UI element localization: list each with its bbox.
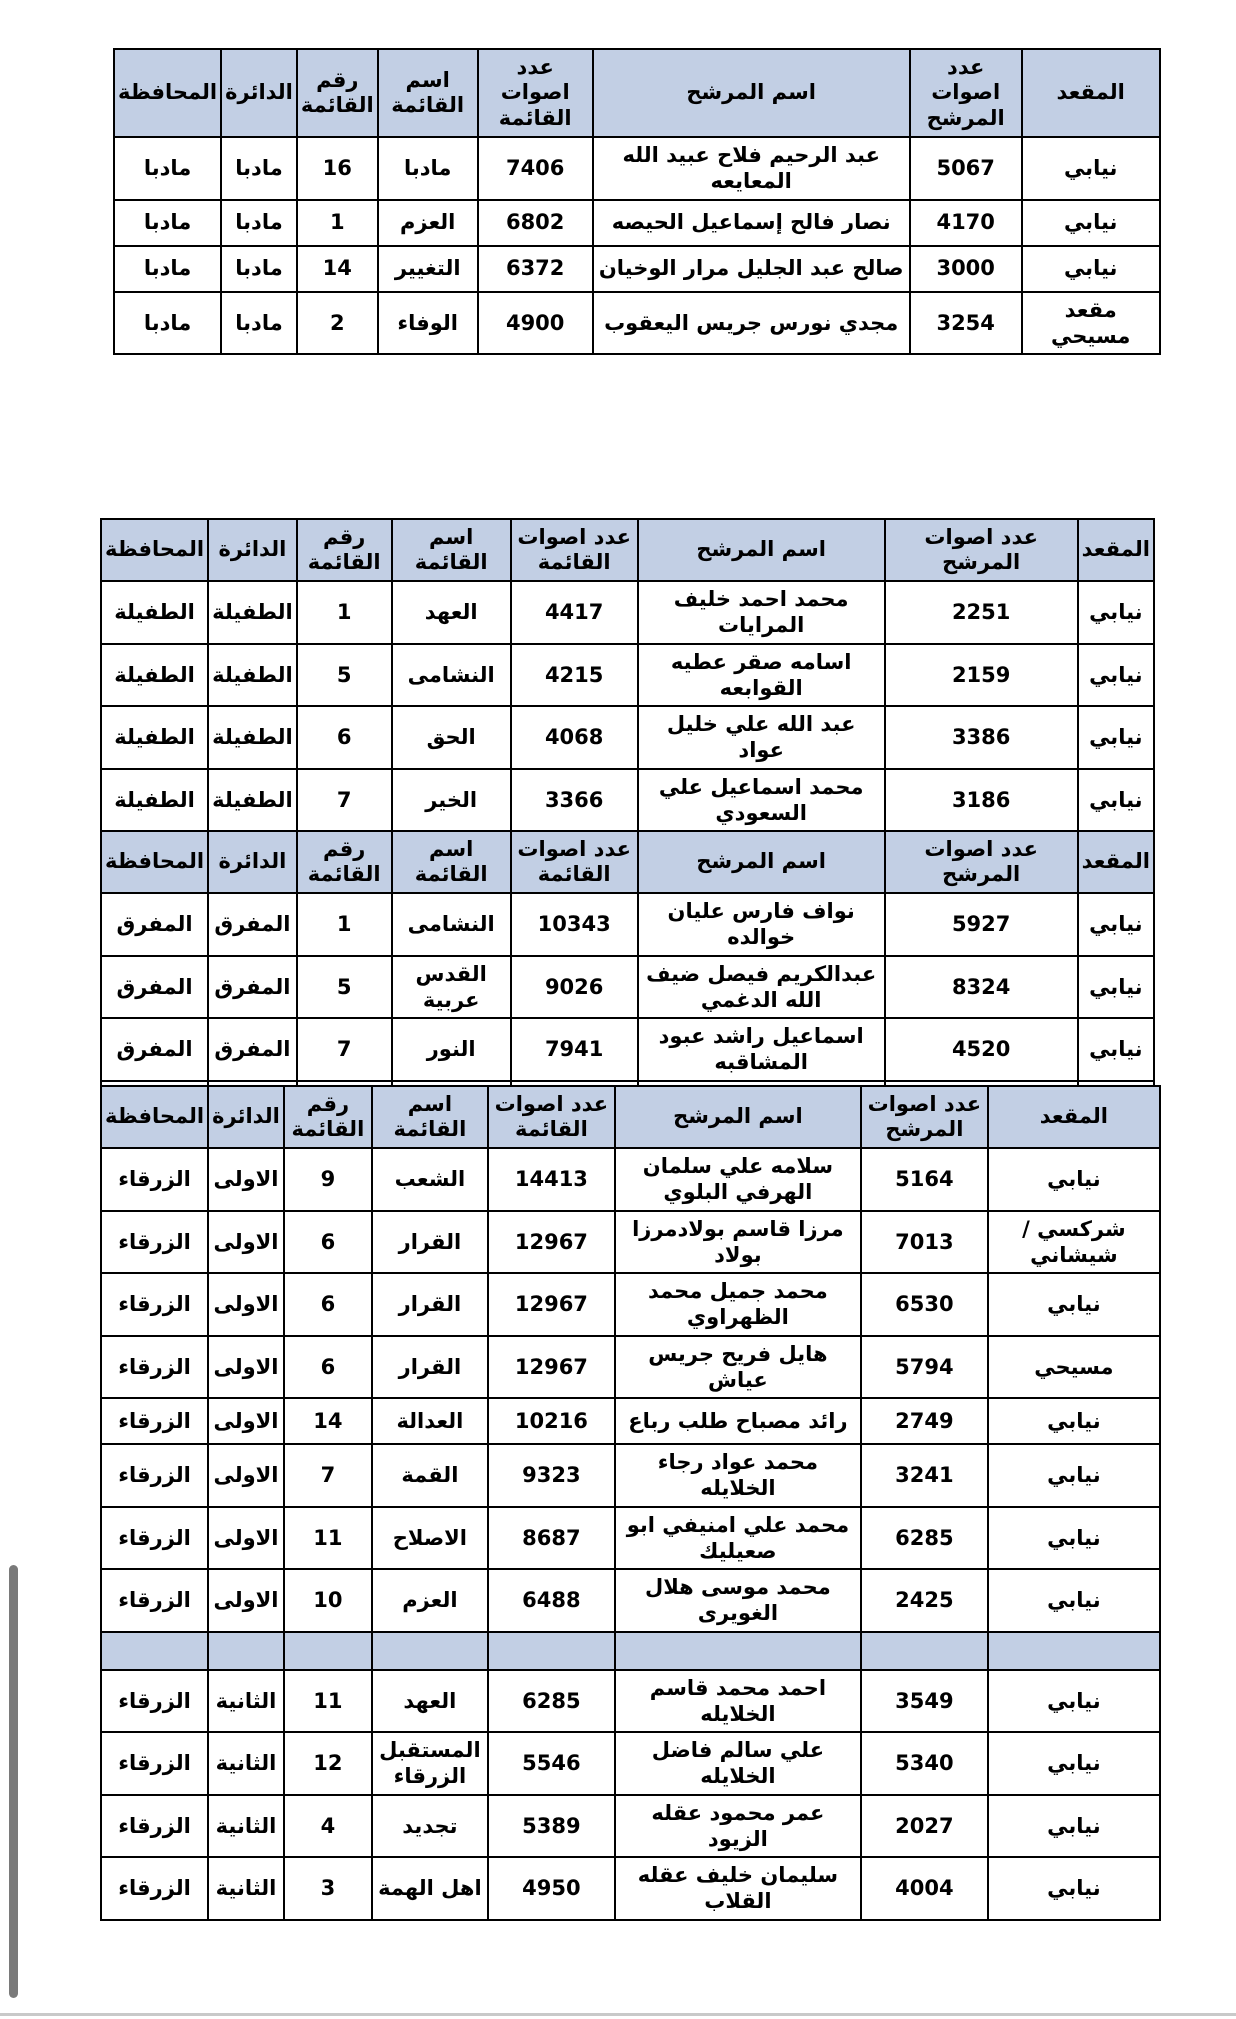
cell-candidate-votes: 3186 <box>885 769 1078 832</box>
cell-candidate-name: عبد الرحيم فلاح عبيد الله المعايعه <box>593 137 910 200</box>
cell-governorate: المفرق <box>101 1018 208 1081</box>
cell-list-votes: 5546 <box>488 1732 615 1795</box>
cell-district: مادبا <box>221 200 297 246</box>
scrollbar-thumb[interactable] <box>9 1565 18 1998</box>
cell-seat: نيابي <box>988 1857 1160 1920</box>
table-row: نيابي2425محمد موسى هلال الغويرى6488العزم… <box>101 1569 1160 1632</box>
cell-list-name: مادبا <box>378 137 478 200</box>
cell-candidate-votes: 2425 <box>861 1569 988 1632</box>
cell-list-votes: 8687 <box>488 1507 615 1570</box>
cell-seat: نيابي <box>988 1273 1160 1336</box>
column-header: الدائرة <box>208 1086 284 1148</box>
cell-seat: نيابي <box>1078 581 1154 644</box>
column-header: عدد اصوات القائمة <box>488 1086 615 1148</box>
header-row: المقعدعدد اصوات المرشحاسم المرشحعدد اصوا… <box>114 49 1160 137</box>
cell-seat: نيابي <box>1022 246 1160 292</box>
cell-district: الاولى <box>208 1211 284 1274</box>
column-header: المحافظة <box>101 831 208 893</box>
column-header: الدائرة <box>208 519 297 581</box>
cell-district: الاولى <box>208 1569 284 1632</box>
cell-candidate-votes: 5794 <box>861 1336 988 1399</box>
cell-district: المفرق <box>208 956 297 1019</box>
cell-candidate-name: عمر محمود عقله الزيود <box>615 1795 861 1858</box>
cell-list-number: 6 <box>284 1211 372 1274</box>
cell-list-name: العزم <box>372 1569 488 1632</box>
column-header: المحافظة <box>114 49 221 137</box>
table-row: نيابي5927نواف فارس عليان خوالده10343النش… <box>101 893 1154 956</box>
cell-governorate: الزرقاء <box>101 1507 208 1570</box>
cell-district: مادبا <box>221 292 297 355</box>
table-row: نيابي5340علي سالم فاضل الخلايله5546المست… <box>101 1732 1160 1795</box>
cell-district: الثانية <box>208 1857 284 1920</box>
cell-governorate: الزرقاء <box>101 1732 208 1795</box>
separator-cell <box>615 1632 861 1670</box>
cell-governorate: مادبا <box>114 137 221 200</box>
cell-list-votes: 5389 <box>488 1795 615 1858</box>
cell-candidate-name: نصار فالح إسماعيل الحيصه <box>593 200 910 246</box>
cell-governorate: الزرقاء <box>101 1795 208 1858</box>
column-header: اسم القائمة <box>392 519 511 581</box>
results-table-madaba: المقعدعدد اصوات المرشحاسم المرشحعدد اصوا… <box>113 48 1161 355</box>
cell-list-votes: 4900 <box>478 292 593 355</box>
table-row: شركسي / شيشاني7013مرزا قاسم بولادمرزا بو… <box>101 1211 1160 1274</box>
cell-list-votes: 7941 <box>511 1018 638 1081</box>
table-row: نيابي2251محمد احمد خليف المرايات4417العه… <box>101 581 1154 644</box>
cell-list-number: 14 <box>284 1398 372 1444</box>
cell-list-name: القرار <box>372 1211 488 1274</box>
column-header: عدد اصوات المرشح <box>910 49 1022 137</box>
table-row: نيابي3186محمد اسماعيل علي السعودي3366الخ… <box>101 769 1154 832</box>
cell-candidate-name: محمد عواد رجاء الخلايله <box>615 1444 861 1507</box>
bottom-divider <box>0 2013 1236 2016</box>
cell-list-number: 1 <box>297 581 392 644</box>
results-table-zarqa: المقعدعدد اصوات المرشحاسم المرشحعدد اصوا… <box>100 1085 1161 1921</box>
separator-cell <box>861 1632 988 1670</box>
cell-governorate: الزرقاء <box>101 1273 208 1336</box>
column-header: عدد اصوات القائمة <box>511 519 638 581</box>
cell-list-number: 4 <box>284 1795 372 1858</box>
cell-candidate-name: احمد محمد قاسم الخلايله <box>615 1670 861 1733</box>
table-row: نيابي3241محمد عواد رجاء الخلايله9323القم… <box>101 1444 1160 1507</box>
table-row: نيابي4520اسماعيل راشد عبود المشاقبه7941ا… <box>101 1018 1154 1081</box>
cell-list-votes: 4950 <box>488 1857 615 1920</box>
separator-cell <box>101 1632 208 1670</box>
cell-list-votes: 4068 <box>511 706 638 769</box>
cell-candidate-name: محمد جميل محمد الظهراوي <box>615 1273 861 1336</box>
cell-seat: نيابي <box>988 1795 1160 1858</box>
table-row: نيابي3000صالح عبد الجليل مرار الوخيان637… <box>114 246 1160 292</box>
cell-candidate-name: سلامه علي سلمان الهرفي البلوي <box>615 1148 861 1211</box>
separator-cell <box>372 1632 488 1670</box>
cell-district: الثانية <box>208 1670 284 1733</box>
cell-district: الاولى <box>208 1507 284 1570</box>
cell-seat: نيابي <box>1022 200 1160 246</box>
cell-seat: نيابي <box>988 1398 1160 1444</box>
column-header: المقعد <box>1022 49 1160 137</box>
cell-candidate-name: اسامه صقر عطيه القوابعه <box>638 644 885 707</box>
cell-governorate: مادبا <box>114 292 221 355</box>
separator-row <box>101 1632 1160 1670</box>
column-header: اسم المرشح <box>593 49 910 137</box>
cell-district: الطفيلة <box>208 644 297 707</box>
cell-governorate: المفرق <box>101 956 208 1019</box>
cell-governorate: الزرقاء <box>101 1857 208 1920</box>
cell-list-name: النشامى <box>392 893 511 956</box>
header-row: المقعدعدد اصوات المرشحاسم المرشحعدد اصوا… <box>101 1086 1160 1148</box>
madaba-table: المقعدعدد اصوات المرشحاسم المرشحعدد اصوا… <box>113 48 1161 355</box>
cell-list-name: النور <box>392 1018 511 1081</box>
cell-candidate-votes: 2251 <box>885 581 1078 644</box>
cell-seat: نيابي <box>1078 769 1154 832</box>
results-table-tafilah-mafraq: المقعدعدد اصوات المرشحاسم المرشحعدد اصوا… <box>100 518 1155 1144</box>
cell-candidate-votes: 4170 <box>910 200 1022 246</box>
column-header: رقم القائمة <box>297 831 392 893</box>
cell-candidate-name: محمد علي امنيفي ابو صعيليك <box>615 1507 861 1570</box>
header-row: المقعدعدد اصوات المرشحاسم المرشحعدد اصوا… <box>101 519 1154 581</box>
cell-district: الثانية <box>208 1732 284 1795</box>
column-header: رقم القائمة <box>297 519 392 581</box>
cell-governorate: الطفيلة <box>101 581 208 644</box>
cell-seat: نيابي <box>1078 706 1154 769</box>
cell-candidate-name: مجدي نورس جريس اليعقوب <box>593 292 910 355</box>
column-header: عدد اصوات المرشح <box>885 519 1078 581</box>
table-row: نيابي4004سليمان خليف عقله القلاب4950اهل … <box>101 1857 1160 1920</box>
separator-cell <box>284 1632 372 1670</box>
cell-district: الاولى <box>208 1148 284 1211</box>
cell-list-number: 1 <box>297 200 378 246</box>
cell-candidate-name: علي سالم فاضل الخلايله <box>615 1732 861 1795</box>
cell-candidate-votes: 5164 <box>861 1148 988 1211</box>
cell-list-number: 6 <box>284 1273 372 1336</box>
cell-list-votes: 10216 <box>488 1398 615 1444</box>
cell-list-number: 1 <box>297 893 392 956</box>
cell-candidate-votes: 6285 <box>861 1507 988 1570</box>
cell-district: الاولى <box>208 1398 284 1444</box>
column-header: عدد اصوات القائمة <box>478 49 593 137</box>
cell-governorate: الزرقاء <box>101 1398 208 1444</box>
column-header: الدائرة <box>221 49 297 137</box>
column-header: المقعد <box>1078 831 1154 893</box>
cell-candidate-name: سليمان خليف عقله القلاب <box>615 1857 861 1920</box>
separator-cell <box>488 1632 615 1670</box>
column-header: المقعد <box>1078 519 1154 581</box>
cell-governorate: المفرق <box>101 893 208 956</box>
cell-list-name: القمة <box>372 1444 488 1507</box>
cell-list-name: الخير <box>392 769 511 832</box>
cell-list-name: تجديد <box>372 1795 488 1858</box>
cell-list-votes: 6372 <box>478 246 593 292</box>
column-header: اسم المرشح <box>615 1086 861 1148</box>
cell-seat: نيابي <box>1078 644 1154 707</box>
cell-list-name: العزم <box>378 200 478 246</box>
cell-list-name: الاصلاح <box>372 1507 488 1570</box>
cell-governorate: الزرقاء <box>101 1569 208 1632</box>
cell-list-name: القرار <box>372 1336 488 1399</box>
cell-candidate-votes: 2159 <box>885 644 1078 707</box>
cell-candidate-votes: 6530 <box>861 1273 988 1336</box>
cell-seat: نيابي <box>1078 1018 1154 1081</box>
cell-list-number: 5 <box>297 644 392 707</box>
column-header: رقم القائمة <box>284 1086 372 1148</box>
cell-list-number: 16 <box>297 137 378 200</box>
separator-cell <box>988 1632 1160 1670</box>
cell-list-name: الوفاء <box>378 292 478 355</box>
cell-candidate-name: عبد الله علي خليل عواد <box>638 706 885 769</box>
cell-seat: شركسي / شيشاني <box>988 1211 1160 1274</box>
cell-seat: مقعد مسيحي <box>1022 292 1160 355</box>
cell-district: مادبا <box>221 246 297 292</box>
cell-list-votes: 3366 <box>511 769 638 832</box>
cell-candidate-votes: 8324 <box>885 956 1078 1019</box>
table-row: نيابي5067عبد الرحيم فلاح عبيد الله المعا… <box>114 137 1160 200</box>
cell-list-number: 2 <box>297 292 378 355</box>
column-header: رقم القائمة <box>297 49 378 137</box>
table-row: نيابي2159اسامه صقر عطيه القوابعه4215النش… <box>101 644 1154 707</box>
cell-list-votes: 4215 <box>511 644 638 707</box>
column-header: اسم المرشح <box>638 519 885 581</box>
cell-seat: نيابي <box>1078 893 1154 956</box>
cell-seat: نيابي <box>988 1148 1160 1211</box>
cell-governorate: الزرقاء <box>101 1670 208 1733</box>
cell-candidate-votes: 7013 <box>861 1211 988 1274</box>
cell-list-votes: 9323 <box>488 1444 615 1507</box>
cell-candidate-name: هايل فريح جريس عياش <box>615 1336 861 1399</box>
table-row: نيابي3549احمد محمد قاسم الخلايله6285العه… <box>101 1670 1160 1733</box>
cell-list-number: 5 <box>297 956 392 1019</box>
cell-list-number: 3 <box>284 1857 372 1920</box>
table-row: نيابي8324عبدالكريم فيصل ضيف الله الدغمي9… <box>101 956 1154 1019</box>
cell-list-name: العدالة <box>372 1398 488 1444</box>
cell-governorate: مادبا <box>114 200 221 246</box>
cell-list-votes: 6802 <box>478 200 593 246</box>
cell-list-name: القدس عربية <box>392 956 511 1019</box>
cell-district: الطفيلة <box>208 706 297 769</box>
cell-list-votes: 14413 <box>488 1148 615 1211</box>
cell-list-votes: 10343 <box>511 893 638 956</box>
cell-district: الطفيلة <box>208 581 297 644</box>
table-row: نيابي2749رائد مصباح طلب رباع10216العدالة… <box>101 1398 1160 1444</box>
cell-list-name: العهد <box>372 1670 488 1733</box>
column-header: المحافظة <box>101 1086 208 1148</box>
cell-list-votes: 12967 <box>488 1211 615 1274</box>
cell-district: الثانية <box>208 1795 284 1858</box>
cell-candidate-votes: 5340 <box>861 1732 988 1795</box>
cell-governorate: الطفيلة <box>101 706 208 769</box>
cell-list-name: المستقبل الزرقاء <box>372 1732 488 1795</box>
cell-candidate-name: مرزا قاسم بولادمرزا بولاد <box>615 1211 861 1274</box>
cell-list-number: 6 <box>297 706 392 769</box>
column-header: الدائرة <box>208 831 297 893</box>
cell-list-number: 9 <box>284 1148 372 1211</box>
cell-candidate-name: صالح عبد الجليل مرار الوخيان <box>593 246 910 292</box>
cell-governorate: الطفيلة <box>101 769 208 832</box>
cell-candidate-name: رائد مصباح طلب رباع <box>615 1398 861 1444</box>
cell-seat: نيابي <box>988 1444 1160 1507</box>
cell-candidate-votes: 4520 <box>885 1018 1078 1081</box>
header-row: المقعدعدد اصوات المرشحاسم المرشحعدد اصوا… <box>101 831 1154 893</box>
cell-seat: نيابي <box>988 1569 1160 1632</box>
cell-governorate: الزرقاء <box>101 1336 208 1399</box>
cell-district: المفرق <box>208 893 297 956</box>
cell-candidate-votes: 3549 <box>861 1670 988 1733</box>
table-row: نيابي3386عبد الله علي خليل عواد4068الحق6… <box>101 706 1154 769</box>
cell-list-votes: 4417 <box>511 581 638 644</box>
cell-candidate-name: محمد موسى هلال الغويرى <box>615 1569 861 1632</box>
cell-candidate-votes: 3254 <box>910 292 1022 355</box>
cell-district: مادبا <box>221 137 297 200</box>
cell-list-number: 7 <box>297 1018 392 1081</box>
cell-candidate-votes: 2027 <box>861 1795 988 1858</box>
cell-candidate-votes: 2749 <box>861 1398 988 1444</box>
cell-candidate-name: نواف فارس عليان خوالده <box>638 893 885 956</box>
cell-governorate: الزرقاء <box>101 1444 208 1507</box>
cell-list-number: 14 <box>297 246 378 292</box>
column-header: عدد اصوات المرشح <box>861 1086 988 1148</box>
separator-cell <box>208 1632 284 1670</box>
column-header: عدد اصوات المرشح <box>885 831 1078 893</box>
cell-governorate: مادبا <box>114 246 221 292</box>
cell-candidate-votes: 5927 <box>885 893 1078 956</box>
cell-candidate-votes: 4004 <box>861 1857 988 1920</box>
column-header: اسم القائمة <box>378 49 478 137</box>
column-header: عدد اصوات القائمة <box>511 831 638 893</box>
cell-list-number: 10 <box>284 1569 372 1632</box>
cell-list-number: 7 <box>284 1444 372 1507</box>
cell-seat: نيابي <box>988 1670 1160 1733</box>
cell-list-votes: 7406 <box>478 137 593 200</box>
cell-governorate: الزرقاء <box>101 1211 208 1274</box>
cell-list-name: النشامى <box>392 644 511 707</box>
column-header: اسم القائمة <box>372 1086 488 1148</box>
table-row: مسيحي5794هايل فريح جريس عياش12967القرار6… <box>101 1336 1160 1399</box>
column-header: المحافظة <box>101 519 208 581</box>
cell-candidate-name: محمد احمد خليف المرايات <box>638 581 885 644</box>
cell-list-name: العهد <box>392 581 511 644</box>
cell-candidate-votes: 3386 <box>885 706 1078 769</box>
cell-list-name: التغيير <box>378 246 478 292</box>
cell-candidate-name: محمد اسماعيل علي السعودي <box>638 769 885 832</box>
cell-seat: مسيحي <box>988 1336 1160 1399</box>
column-header: المقعد <box>988 1086 1160 1148</box>
table-row: نيابي4170نصار فالح إسماعيل الحيصه6802الع… <box>114 200 1160 246</box>
cell-district: الطفيلة <box>208 769 297 832</box>
table-row: نيابي2027عمر محمود عقله الزيود5389تجديد4… <box>101 1795 1160 1858</box>
cell-list-votes: 6285 <box>488 1670 615 1733</box>
cell-list-name: الشعب <box>372 1148 488 1211</box>
cell-candidate-votes: 3000 <box>910 246 1022 292</box>
cell-seat: نيابي <box>1078 956 1154 1019</box>
cell-district: الاولى <box>208 1336 284 1399</box>
cell-list-number: 11 <box>284 1507 372 1570</box>
table-row: مقعد مسيحي3254مجدي نورس جريس اليعقوب4900… <box>114 292 1160 355</box>
cell-list-votes: 9026 <box>511 956 638 1019</box>
table-row: نيابي6285محمد علي امنيفي ابو صعيليك8687ا… <box>101 1507 1160 1570</box>
cell-list-votes: 12967 <box>488 1273 615 1336</box>
cell-district: الاولى <box>208 1444 284 1507</box>
cell-list-number: 11 <box>284 1670 372 1733</box>
column-header: اسم المرشح <box>638 831 885 893</box>
cell-candidate-votes: 5067 <box>910 137 1022 200</box>
cell-list-votes: 6488 <box>488 1569 615 1632</box>
cell-candidate-name: اسماعيل راشد عبود المشاقبه <box>638 1018 885 1081</box>
cell-district: الاولى <box>208 1273 284 1336</box>
cell-list-number: 12 <box>284 1732 372 1795</box>
table-row: نيابي6530محمد جميل محمد الظهراوي12967الق… <box>101 1273 1160 1336</box>
cell-seat: نيابي <box>1022 137 1160 200</box>
table-row: نيابي5164سلامه علي سلمان الهرفي البلوي14… <box>101 1148 1160 1211</box>
zarqa-table: المقعدعدد اصوات المرشحاسم المرشحعدد اصوا… <box>100 1085 1161 1921</box>
cell-seat: نيابي <box>988 1732 1160 1795</box>
cell-list-name: اهل الهمة <box>372 1857 488 1920</box>
cell-governorate: الزرقاء <box>101 1148 208 1211</box>
cell-governorate: الطفيلة <box>101 644 208 707</box>
cell-candidate-name: عبدالكريم فيصل ضيف الله الدغمي <box>638 956 885 1019</box>
cell-list-votes: 12967 <box>488 1336 615 1399</box>
cell-list-number: 7 <box>297 769 392 832</box>
tafilah-mafraq-table: المقعدعدد اصوات المرشحاسم المرشحعدد اصوا… <box>100 518 1155 1144</box>
column-header: اسم القائمة <box>392 831 511 893</box>
cell-seat: نيابي <box>988 1507 1160 1570</box>
cell-list-name: القرار <box>372 1273 488 1336</box>
cell-district: المفرق <box>208 1018 297 1081</box>
cell-list-number: 6 <box>284 1336 372 1399</box>
cell-list-name: الحق <box>392 706 511 769</box>
cell-candidate-votes: 3241 <box>861 1444 988 1507</box>
